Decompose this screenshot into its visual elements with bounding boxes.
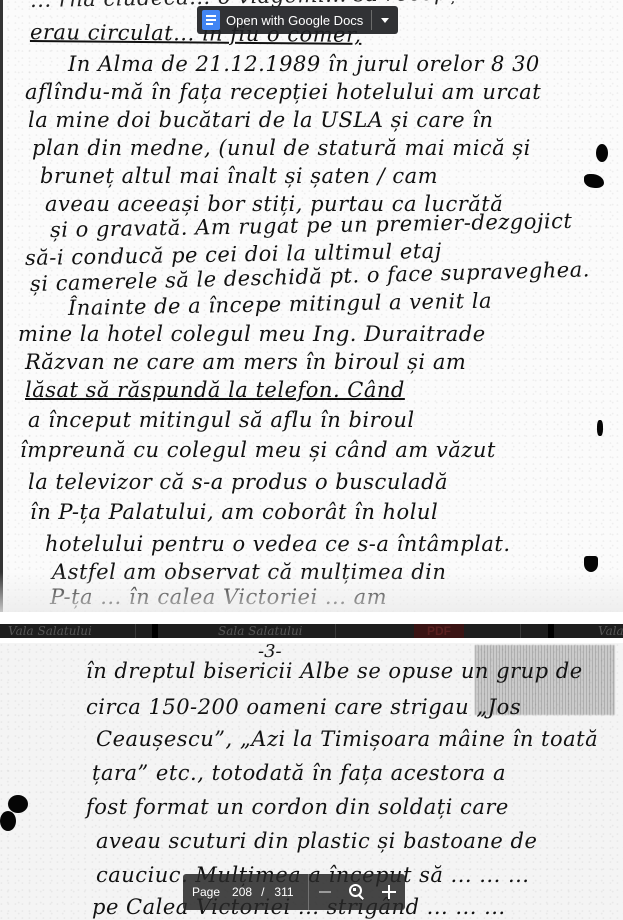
handwritten-line: Răzvan ne care am mers în biroul și am [25, 350, 466, 374]
handwritten-line: Ceaușescu”, „Azi la Timișoara mâine în t… [96, 727, 598, 751]
handwritten-line: împreună cu colegul meu și când am văzut [20, 438, 496, 462]
ink-blot [584, 174, 604, 188]
open-with-button-group: Open with Google Docs [197, 6, 398, 34]
zoom-in-button[interactable] [375, 878, 403, 906]
google-docs-icon [202, 10, 220, 30]
handwritten-line: plan din medne, (unul de statură mai mic… [32, 136, 531, 160]
ink-blot [584, 556, 598, 572]
handwritten-line: în P-ța Palatului, am coborât în holul [30, 500, 438, 524]
pdf-page-scan-1: ... rna ciudeca... o viagemi... sa recep… [0, 0, 623, 612]
strip-text-right: Vala [598, 624, 623, 638]
handwritten-line: țara” etc., totodată în fața acestora a [92, 761, 506, 785]
handwritten-line: la televizor că s-a produs o busculadă [28, 470, 448, 494]
handwritten-line: hotelului pentru o vedea ce s-a întâmpla… [45, 532, 511, 556]
page-label: Page [192, 885, 220, 899]
handwritten-line: a început mitingul să aflu în biroul [28, 408, 415, 432]
handwritten-line: la mine doi bucătari de la USLA și care … [28, 108, 493, 132]
open-with-label: Open with Google Docs [226, 13, 363, 28]
ink-blot [597, 420, 603, 436]
handwritten-line: aflîndu-mă în fața recepției hotelului a… [25, 80, 541, 104]
handwritten-line: Astfel am observat că mulțimea din [52, 560, 446, 584]
zoom-out-button[interactable] [311, 878, 339, 906]
page-separator: / [261, 885, 264, 899]
total-pages: 311 [274, 885, 293, 899]
pdf-badge: PDF [414, 624, 464, 638]
ink-blot [596, 144, 608, 162]
handwritten-line: In Alma de 21.12.1989 în jurul orelor 8 … [68, 52, 540, 76]
handwritten-line: aveau scuturi din plastic și bastoane de [96, 829, 537, 853]
open-with-dropdown-button[interactable] [372, 6, 398, 34]
strip-text-left: Vala Salatului [8, 624, 92, 638]
handwritten-line: mine la hotel colegul meu Ing. Duraitrad… [18, 322, 486, 346]
minus-icon [319, 891, 331, 893]
zoom-controls [309, 874, 405, 910]
handwritten-line: în dreptul bisericii Albe se opuse un gr… [86, 659, 583, 683]
handwritten-line: circa 150-200 oameni care strigau „Jos [86, 695, 521, 719]
caret-down-icon [381, 18, 389, 23]
handwritten-line: bruneț altul mai înalt și șaten / cam [40, 164, 438, 188]
handwritten-line: P-ța ... în calea Victoriei ... am [50, 585, 387, 609]
plus-icon [382, 885, 396, 899]
current-page-input[interactable]: 208 [232, 885, 252, 899]
ink-blot [8, 795, 28, 813]
magnifier-icon [349, 884, 365, 900]
strip-text-center: Sala Salatului [218, 624, 303, 638]
handwritten-line: fost format un cordon din soldați care [86, 795, 509, 819]
handwritten-line: lăsat să răspundă la telefon. Când [25, 378, 405, 402]
open-with-google-docs-button[interactable]: Open with Google Docs [197, 6, 371, 34]
page-toolbar: Page 208 / 311 [183, 874, 405, 910]
zoom-reset-button[interactable] [343, 878, 371, 906]
scan-separator-strip: Vala Salatului Sala Salatului PDF Vala [0, 624, 623, 638]
page-indicator: Page 208 / 311 [183, 885, 308, 899]
page-gap [0, 612, 623, 624]
ink-blot [0, 811, 16, 831]
